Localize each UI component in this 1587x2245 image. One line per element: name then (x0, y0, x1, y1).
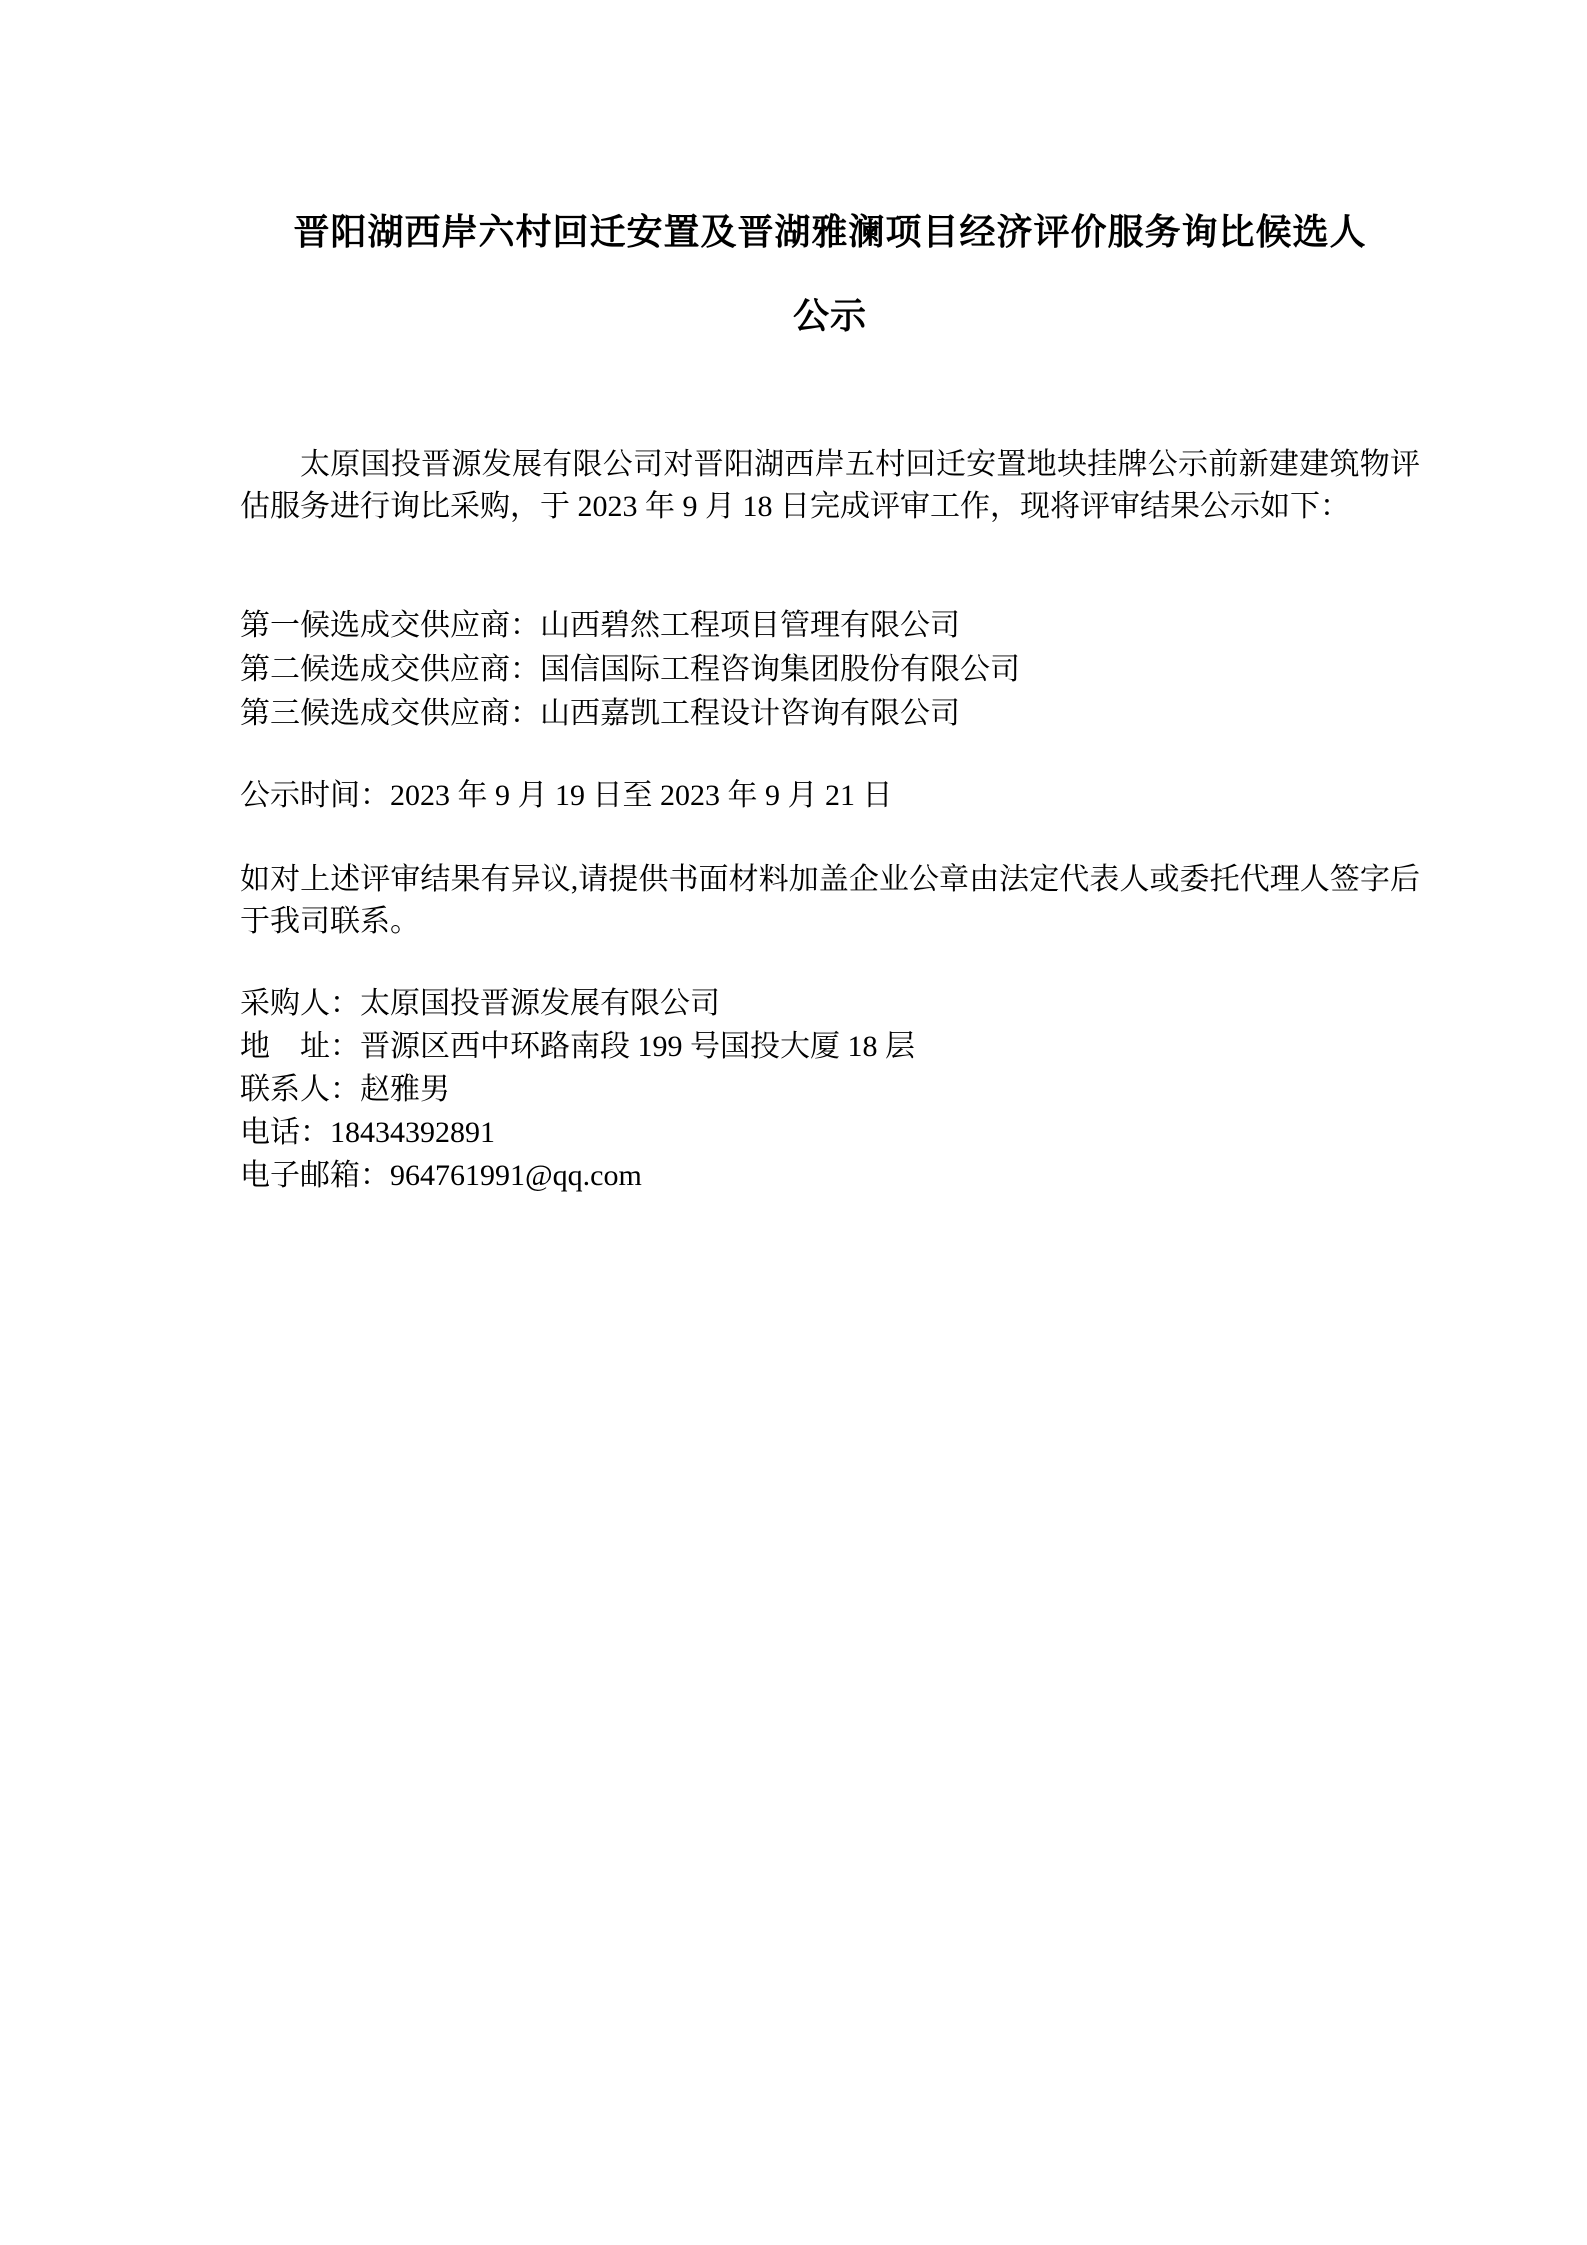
candidate-row: 第一候选成交供应商：山西碧然工程项目管理有限公司 (240, 604, 1420, 648)
contact-label: 采购人： (240, 987, 360, 1020)
contact-label: 电子邮箱： (240, 1159, 390, 1192)
document-content: 晋阳湖西岸六村回迁安置及晋湖雅澜项目经济评价服务询比候选人 公示 太原国投晋源发… (240, 0, 1420, 1197)
contact-value: 晋源区西中环路南段 199 号国投大厦 18 层 (360, 1030, 915, 1063)
candidate-rank-label: 第一候选成交供应商： (240, 609, 540, 642)
contact-row-address: 地 址：晋源区西中环路南段 199 号国投大厦 18 层 (240, 1025, 1420, 1068)
candidate-row: 第三候选成交供应商：山西嘉凯工程设计咨询有限公司 (240, 692, 1420, 736)
contact-label: 联系人： (240, 1073, 360, 1106)
candidate-row: 第二候选成交供应商：国信国际工程咨询集团股份有限公司 (240, 648, 1420, 692)
notice-period-line: 公示时间：2023 年 9 月 19 日至 2023 年 9 月 21 日 (240, 775, 1420, 817)
contact-block: 采购人：太原国投晋源发展有限公司 地 址：晋源区西中环路南段 199 号国投大厦… (240, 982, 1420, 1197)
title-line-2: 公示 (240, 274, 1420, 358)
title-line-1: 晋阳湖西岸六村回迁安置及晋湖雅澜项目经济评价服务询比候选人 (240, 190, 1420, 274)
contact-row-person: 联系人：赵雅男 (240, 1068, 1420, 1111)
contact-row-phone: 电话：18434392891 (240, 1111, 1420, 1154)
document-title: 晋阳湖西岸六村回迁安置及晋湖雅澜项目经济评价服务询比候选人 公示 (240, 190, 1420, 358)
intro-paragraph: 太原国投晋源发展有限公司对晋阳湖西岸五村回迁安置地块挂牌公示前新建建筑物评估服务… (240, 444, 1420, 528)
document-page: 晋阳湖西岸六村回迁安置及晋湖雅澜项目经济评价服务询比候选人 公示 太原国投晋源发… (0, 0, 1587, 2245)
candidate-company: 山西嘉凯工程设计咨询有限公司 (540, 697, 960, 730)
candidate-rank-label: 第二候选成交供应商： (240, 653, 540, 686)
contact-label: 地 址： (240, 1030, 360, 1063)
candidate-rank-label: 第三候选成交供应商： (240, 697, 540, 730)
contact-row-buyer: 采购人：太原国投晋源发展有限公司 (240, 982, 1420, 1025)
contact-value: 964761991@qq.com (390, 1159, 642, 1192)
contact-value: 赵雅男 (360, 1073, 450, 1106)
contact-label: 电话： (240, 1116, 330, 1149)
contact-value: 太原国投晋源发展有限公司 (360, 987, 720, 1020)
candidate-company: 国信国际工程咨询集团股份有限公司 (540, 653, 1020, 686)
objection-paragraph: 如对上述评审结果有异议,请提供书面材料加盖企业公章由法定代表人或委托代理人签字后… (240, 859, 1420, 943)
contact-value: 18434392891 (330, 1116, 495, 1149)
candidate-company: 山西碧然工程项目管理有限公司 (540, 609, 960, 642)
candidate-list: 第一候选成交供应商：山西碧然工程项目管理有限公司 第二候选成交供应商：国信国际工… (240, 604, 1420, 736)
contact-row-email: 电子邮箱：964761991@qq.com (240, 1154, 1420, 1197)
